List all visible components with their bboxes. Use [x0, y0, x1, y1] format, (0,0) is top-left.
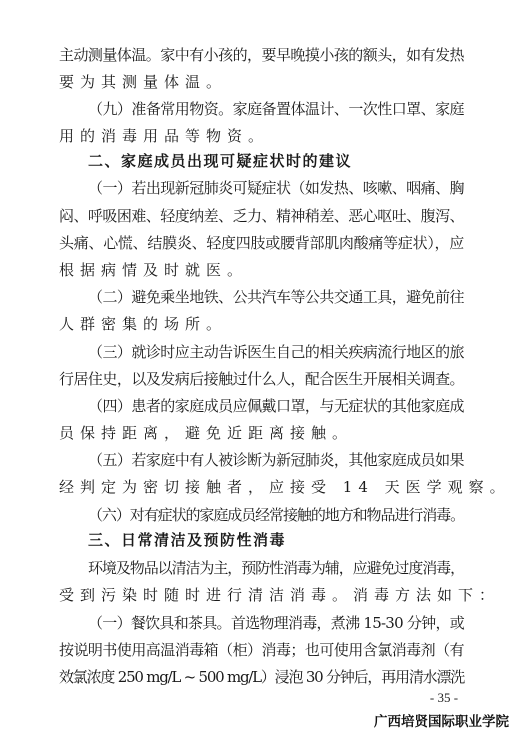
- paragraph-line: 行居住史，以及发病后接触过什么人，配合医生开展相关调查。: [59, 366, 464, 393]
- paragraph-line: （二）避免乘坐地铁、公共汽车等公共交通工具，避免前往: [88, 284, 464, 311]
- watermark: 广西培贤国际职业学院: [374, 710, 509, 730]
- paragraph-line: （五）若家庭中有人被诊断为新冠肺炎，其他家庭成员如果: [88, 447, 464, 474]
- document-page: 主动测量体温。家中有小孩的，要早晚摸小孩的额头，如有发热要为其测量体温。（九）准…: [0, 0, 520, 738]
- section-heading: 三、日常清洁及预防性消毒: [88, 527, 464, 554]
- paragraph-line: （九）准备常用物资。家庭备置体温计、一次性口罩、家庭: [88, 96, 464, 123]
- paragraph-line: 用的消毒用品等物资。: [59, 123, 464, 150]
- paragraph-line: 人群密集的场所。: [59, 311, 464, 338]
- paragraph-line: （四）患者的家庭成员应佩戴口罩，与无症状的其他家庭成: [88, 393, 464, 420]
- paragraph-line: 经判定为密切接触者，应接受 14 天医学观察。: [59, 474, 464, 501]
- paragraph-line: 员保持距离，避免近距离接触。: [59, 420, 464, 447]
- paragraph-line: （一）餐饮具和茶具。首选物理消毒，煮沸 15-30 分钟，或: [88, 610, 464, 637]
- paragraph-line: （六）对有症状的家庭成员经常接触的地方和物品进行消毒。: [88, 502, 464, 529]
- paragraph-line: （一）若出现新冠肺炎可疑症状（如发热、咳嗽、咽痛、胸: [88, 175, 464, 202]
- paragraph-line: 根据病情及时就医。: [59, 257, 464, 284]
- paragraph-line: 头痛、心慌、结膜炎、轻度四肢或腰背部肌肉酸痛等症状），应: [59, 230, 464, 257]
- paragraph-line: 效氯浓度 250 mg/L ~ 500 mg/L）浸泡 30 分钟后，再用清水漂…: [59, 664, 464, 691]
- paragraph-line: （三）就诊时应主动告诉医生自己的相关疾病流行地区的旅: [88, 339, 464, 366]
- paragraph-line: 按说明书使用高温消毒箱（柜）消毒；也可使用含氯消毒剂（有: [59, 637, 464, 664]
- paragraph-line: 环境及物品以清洁为主，预防性消毒为辅，应避免过度消毒，: [88, 555, 464, 582]
- paragraph-line: 闷、呼吸困难、轻度纳差、乏力、精神稍差、恶心呕吐、腹泻、: [59, 203, 464, 230]
- section-heading: 二、家庭成员出现可疑症状时的建议: [88, 148, 464, 175]
- paragraph-line: 要为其测量体温。: [59, 69, 464, 96]
- paragraph-line: 主动测量体温。家中有小孩的，要早晚摸小孩的额头，如有发热: [59, 42, 464, 69]
- page-number: - 35 -: [420, 690, 468, 706]
- paragraph-line: 受到污染时随时进行清洁消毒。消毒方法如下：: [59, 582, 464, 609]
